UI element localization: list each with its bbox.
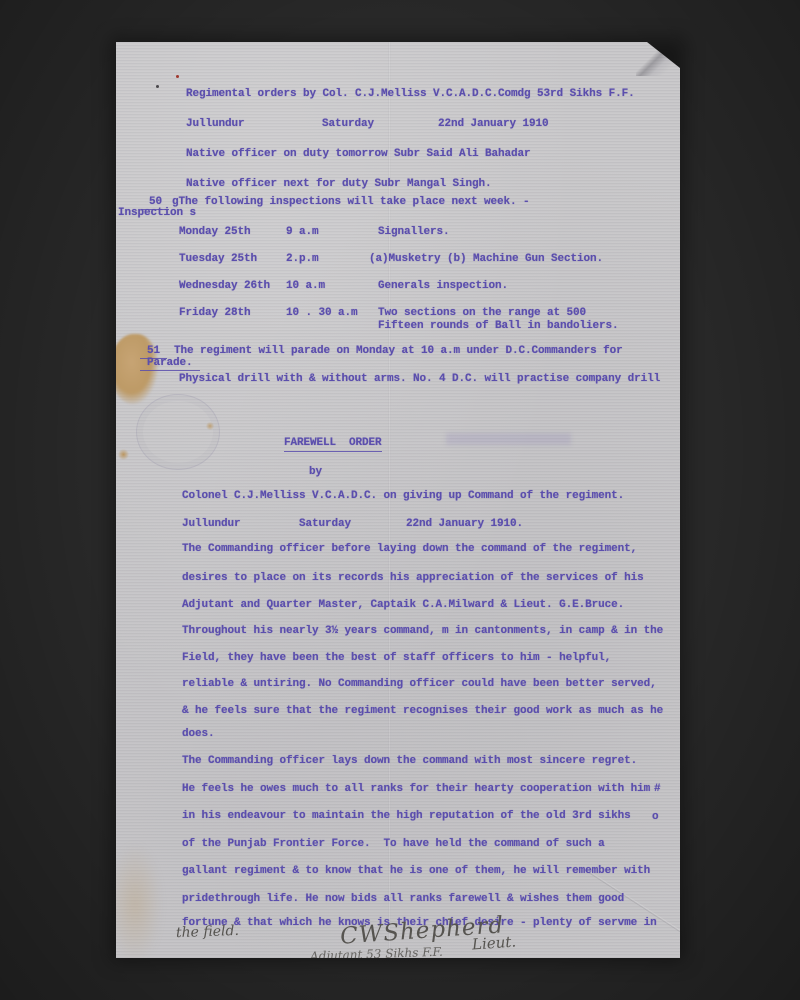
stray-type-mark: # [654, 783, 661, 796]
weekday: Saturday [322, 118, 374, 131]
duty-officer-line: Native officer on duty tomorrow Subr Sai… [186, 148, 531, 161]
weekday: Saturday [299, 518, 351, 531]
inspection-detail: Two sections on the range at 500 [378, 307, 586, 320]
farewell-body-line: He feels he owes much to all ranks for t… [182, 783, 650, 796]
farewell-by: by [309, 466, 322, 479]
farewell-body-line: Adjutant and Quarter Master, Captaik C.A… [182, 599, 624, 612]
station-name: Jullundur [182, 518, 241, 531]
farewell-body-line: gallant regiment & to know that he is on… [182, 865, 650, 878]
inspection-day: Friday 28th [179, 307, 251, 320]
scanned-document-page: Regimental orders by Col. C.J.Melliss V.… [116, 42, 680, 958]
inspection-detail: Generals inspection. [378, 280, 508, 293]
station-name: Jullundur [186, 118, 245, 131]
order-date: 22nd January 1910 [438, 118, 549, 131]
embossed-stamp-circle [136, 394, 220, 470]
farewell-body-line: reliable & untiring. No Commanding offic… [182, 678, 657, 691]
farewell-body-line: The Commanding officer lays down the com… [182, 755, 637, 768]
farewell-body-line: & he feels sure that the regiment recogn… [182, 705, 663, 718]
farewell-body-line: Throughout his nearly 3½ years command, … [182, 625, 663, 638]
stray-type-mark: o [652, 811, 659, 824]
order-date: 22nd January 1910. [406, 518, 523, 531]
inspection-time: 2.p.m [286, 253, 319, 266]
margin-label-parade: Parade. [140, 357, 200, 371]
inspection-detail-cont: Fifteen rounds of Ball in bandoliers. [378, 320, 619, 333]
ink-speck [176, 75, 179, 78]
margin-label-inspections: Inspection s [118, 207, 196, 220]
inspection-day: Monday 25th [179, 226, 251, 239]
farewell-body-line: Field, they have been the best of staff … [182, 652, 611, 665]
paper-stain-bottom-left [108, 842, 162, 967]
inspection-time: 10 . 30 a.m [286, 307, 358, 320]
farewell-body-line: The Commanding officer before laying dow… [182, 543, 637, 556]
inspection-day: Wednesday 26th [179, 280, 270, 293]
handwritten-closing: the field. [176, 923, 239, 941]
ink-speck [156, 85, 159, 88]
farewell-body-line: of the Punjab Frontier Force. To have he… [182, 838, 605, 851]
section-heading: gThe following inspections will take pla… [172, 196, 530, 209]
order-header-line: Regimental orders by Col. C.J.Melliss V.… [186, 88, 635, 101]
farewell-body-line: desires to place on its records his appr… [182, 572, 644, 585]
parade-order-line: Physical drill with & without arms. No. … [179, 373, 660, 386]
duty-officer-line: Native officer next for duty Subr Mangal… [186, 178, 492, 191]
inspection-detail: (a)Musketry (b) Machine Gun Section. [369, 253, 603, 266]
inspection-detail: Signallers. [378, 226, 450, 239]
signature-rank: Lieut. [471, 932, 516, 953]
diagonal-crease [583, 867, 710, 950]
ink-ghost-smudge [446, 433, 571, 445]
farewell-body-line: pridethrough life. He now bids all ranks… [182, 893, 624, 906]
farewell-subtitle: Colonel C.J.Melliss V.C.A.D.C. on giving… [182, 490, 624, 503]
paper-stain-dot [118, 449, 129, 460]
farewell-body-line: in his endeavour to maintain the high re… [182, 810, 631, 823]
farewell-order-title: FAREWELL ORDER [284, 437, 382, 452]
parade-order-line: The regiment will parade on Monday at 10… [174, 345, 623, 358]
paper-stain-dot [206, 422, 214, 430]
farewell-body-line: does. [182, 728, 215, 741]
inspection-time: 10 a.m [286, 280, 325, 293]
inspection-day: Tuesday 25th [179, 253, 257, 266]
inspection-time: 9 a.m [286, 226, 319, 239]
